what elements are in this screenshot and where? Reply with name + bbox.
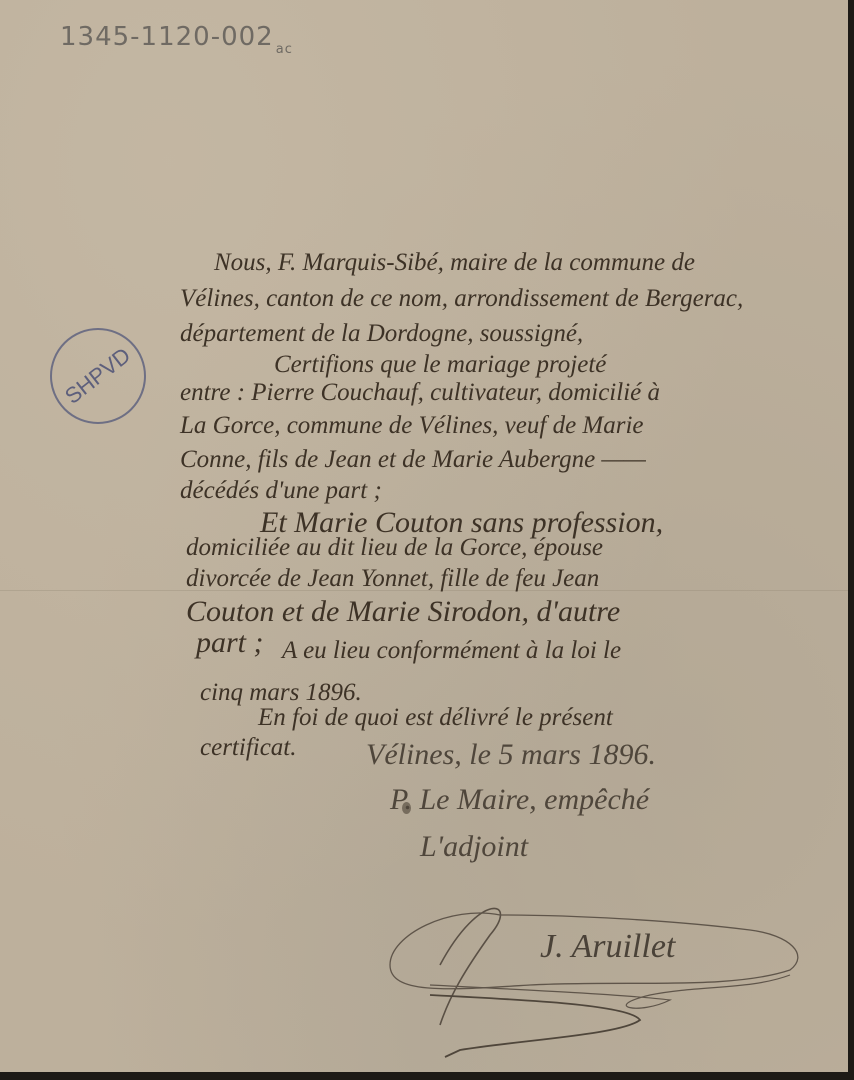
scan-edge-bottom [0, 1072, 854, 1080]
body-line-1: Nous, F. Marquis-Sibé, maire de la commu… [214, 250, 695, 275]
body-line-16: En foi de quoi est délivré le présent [258, 705, 613, 730]
archive-reference-suffix: ac [276, 42, 293, 57]
body-line-14: A eu lieu conformément à la loi le [282, 638, 621, 663]
body-line-10: domiciliée au dit lieu de la Gorce, épou… [186, 535, 603, 560]
body-line-11: divorcée de Jean Yonnet, fille de feu Je… [186, 566, 599, 591]
document-page: 1345-1120-002ac SHPVD Nous, F. Marquis-S… [0, 0, 848, 1072]
body-line-3: département de la Dordogne, soussigné, [180, 321, 583, 346]
body-line-5: entre : Pierre Couchauf, cultivateur, do… [180, 380, 660, 405]
archive-stamp: SHPVD [50, 328, 146, 424]
archive-reference: 1345-1120-002ac [60, 22, 293, 57]
scan-edge-right [848, 0, 854, 1080]
place-and-date: Vélines, le 5 mars 1896. [366, 740, 656, 770]
body-line-13: part ; [196, 628, 264, 658]
signature-flourish [370, 895, 810, 1065]
body-line-7: Conne, fils de Jean et de Marie Aubergne… [180, 447, 646, 472]
body-line-4: Certifions que le mariage projeté [274, 352, 606, 377]
body-line-2: Vélines, canton de ce nom, arrondissemen… [180, 286, 743, 311]
archive-reference-number: 1345-1120-002 [60, 22, 274, 52]
signatory-line-2: L'adjoint [420, 832, 528, 862]
signature-name: J. Aruillet [540, 928, 675, 966]
signatory-line-1: P. Le Maire, empêché [390, 785, 649, 815]
body-line-6: La Gorce, commune de Vélines, veuf de Ma… [180, 413, 644, 438]
stamp-text: SHPVD [60, 342, 136, 409]
body-line-8: décédés d'une part ; [180, 478, 382, 503]
body-line-17: certificat. [200, 735, 297, 760]
body-line-15: cinq mars 1896. [200, 680, 362, 705]
body-line-12: Couton et de Marie Sirodon, d'autre [186, 597, 620, 627]
